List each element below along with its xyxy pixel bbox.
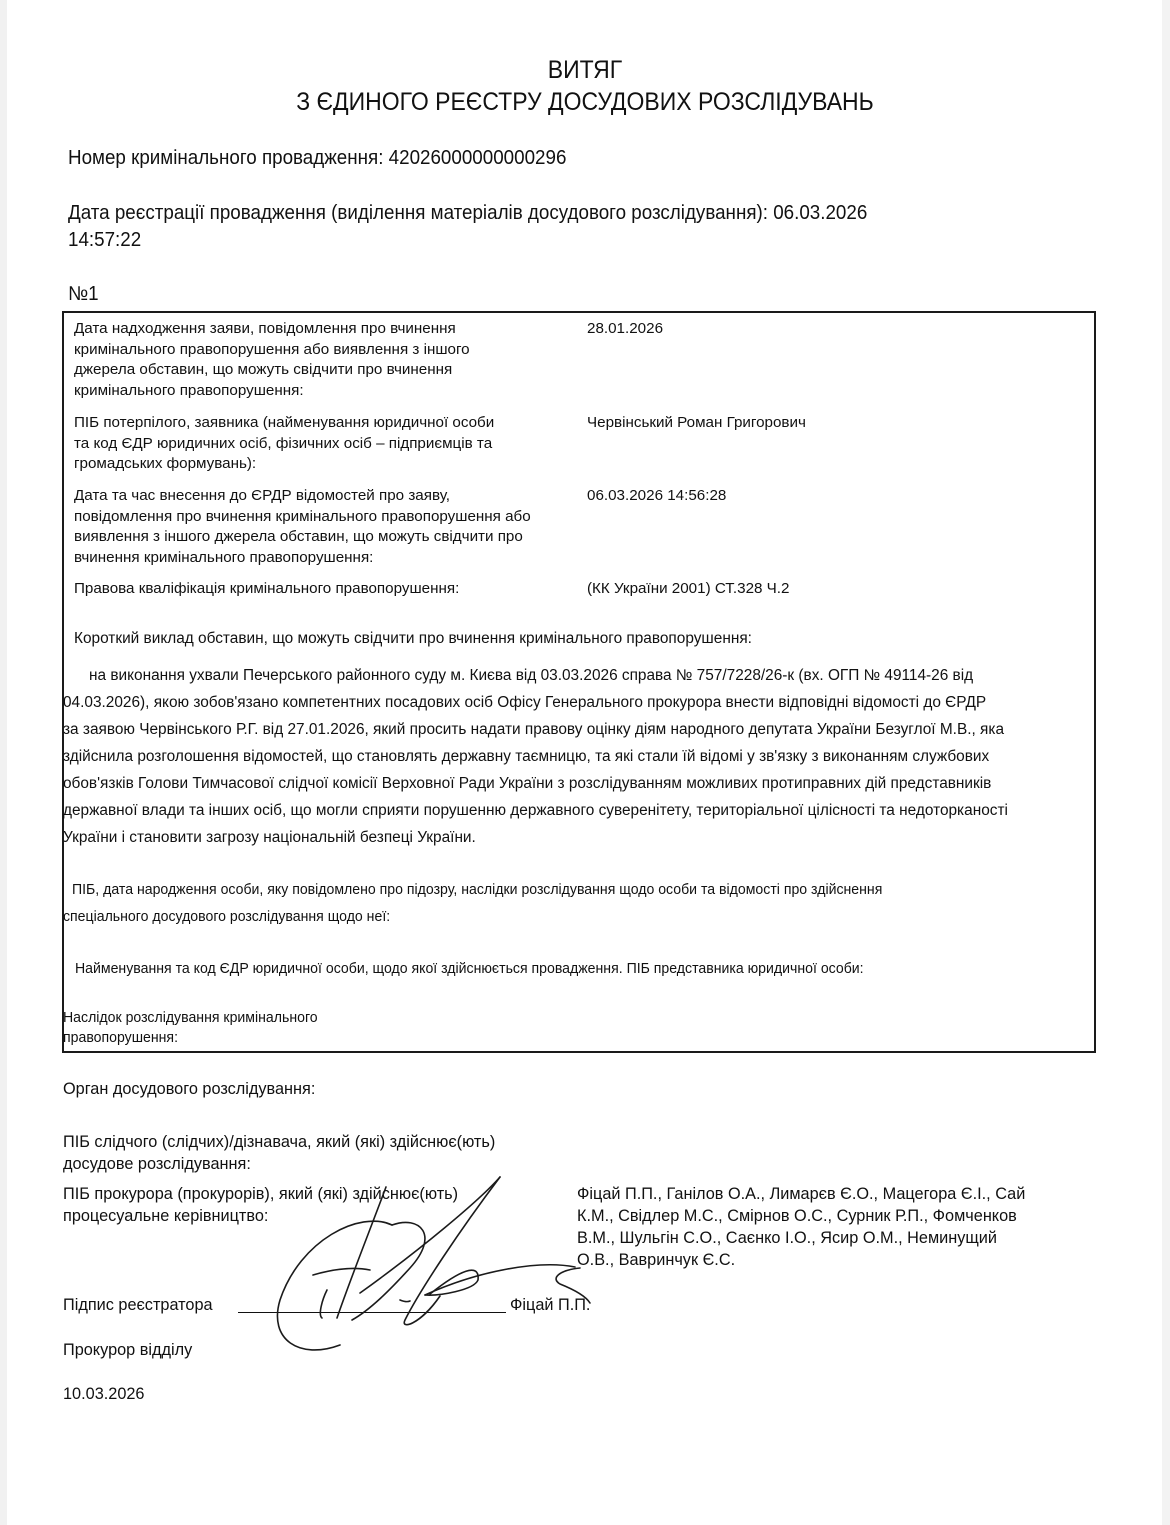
summary-line: державної влади та інших осіб, що могли … (63, 802, 1008, 820)
label-line: Дата надходження заяви, повідомлення про… (74, 319, 470, 340)
investigator-label: ПІБ слідчого (слідчих)/дізнавача, який (… (63, 1132, 495, 1153)
summary-line: України і становити загрозу національній… (63, 829, 476, 847)
registrar-name: Фіцай П.П. (510, 1295, 590, 1316)
row-label-applicant: ПІБ потерпілого, заявника (найменування … (74, 413, 494, 475)
signature-line (238, 1312, 506, 1313)
legal-entity-label: Найменування та код ЄДР юридичної особи,… (75, 960, 864, 977)
document-date: 10.03.2026 (63, 1384, 145, 1405)
label-line: повідомлення про вчинення кримінального … (74, 507, 531, 528)
page-edge-right (1162, 0, 1170, 1525)
label-line: Дата та час внесення до ЄРДР відомостей … (74, 486, 531, 507)
summary-line: здійснила розголошення відомостей, що ст… (63, 748, 989, 766)
label-line: джерела обставин, що можуть свідчити про… (74, 360, 470, 381)
row-label-entry-datetime: Дата та час внесення до ЄРДР відомостей … (74, 486, 531, 568)
registration-date: Дата реєстрації провадження (виділення м… (68, 202, 867, 225)
registration-time: 14:57:22 (68, 229, 141, 252)
row-value-report-date: 28.01.2026 (587, 319, 663, 340)
summary-line: обов'язків Голови Тимчасової слідчої ком… (63, 775, 991, 793)
suspect-label: ПІБ, дата народження особи, яку повідомл… (72, 881, 882, 898)
row-value-applicant: Червінський Роман Григорович (587, 413, 806, 434)
label-line: Правова кваліфікація кримінального право… (74, 579, 459, 600)
summary-line: за заявою Червінського Р.Г. від 27.01.20… (63, 721, 1004, 739)
label-line: та код ЄДР юридичних осіб, фізичних осіб… (74, 434, 494, 455)
prosecutor-label: ПІБ прокурора (прокурорів), який (які) з… (63, 1184, 458, 1205)
investigator-label-cont: досудове розслідування: (63, 1154, 251, 1175)
prosecutors-line: Фіцай П.П., Ганілов О.А., Лимарєв Є.О., … (577, 1184, 1025, 1205)
row-value-legal-qualification: (КК України 2001) СТ.328 Ч.2 (587, 579, 789, 600)
label-line: ПІБ потерпілого, заявника (найменування … (74, 413, 494, 434)
suspect-label-cont: спеціального досудового розслідування що… (63, 908, 390, 925)
label-line: виявлення з іншого джерела обставин, що … (74, 527, 531, 548)
document-title: ВИТЯГ (47, 56, 1123, 85)
label-line: громадських формувань): (74, 454, 494, 475)
label-line: вчинення кримінального правопорушення: (74, 548, 531, 569)
row-label-legal-qualification: Правова кваліфікація кримінального право… (74, 579, 459, 600)
investigation-body-label: Орган досудового розслідування: (63, 1079, 315, 1100)
document-subtitle: З ЄДИНОГО РЕЄСТРУ ДОСУДОВИХ РОЗСЛІДУВАНЬ (47, 88, 1123, 117)
case-number: Номер кримінального провадження: 4202600… (68, 147, 566, 170)
summary-label: Короткий виклад обставин, що можуть свід… (74, 630, 752, 648)
outcome-label: Наслідок розслідування кримінального (63, 1009, 318, 1026)
entry-number: №1 (68, 283, 99, 306)
summary-line: на виконання ухвали Печерського районног… (89, 667, 973, 685)
label-line: кримінального правопорушення або виявлен… (74, 340, 470, 361)
registrar-signature-label: Підпис реєстратора (63, 1295, 213, 1316)
outcome-label-cont: правопорушення: (63, 1029, 178, 1046)
prosecutors-line: О.В., Вавринчук Є.С. (577, 1250, 735, 1271)
summary-line: 04.03.2026), якою зобов'язано компетентн… (63, 694, 986, 712)
page-edge-left (0, 0, 7, 1525)
label-line: кримінального правопорушення: (74, 381, 470, 402)
prosecutors-line: К.М., Свідлер М.С., Смірнов О.С., Сурник… (577, 1206, 1017, 1227)
department-prosecutor-label: Прокурор відділу (63, 1340, 192, 1361)
row-label-report-date: Дата надходження заяви, повідомлення про… (74, 319, 470, 401)
prosecutor-label-cont: процесуальне керівництво: (63, 1206, 268, 1227)
prosecutors-line: В.М., Шульгін С.О., Саєнко І.О., Ясир О.… (577, 1228, 997, 1249)
row-value-entry-datetime: 06.03.2026 14:56:28 (587, 486, 726, 507)
